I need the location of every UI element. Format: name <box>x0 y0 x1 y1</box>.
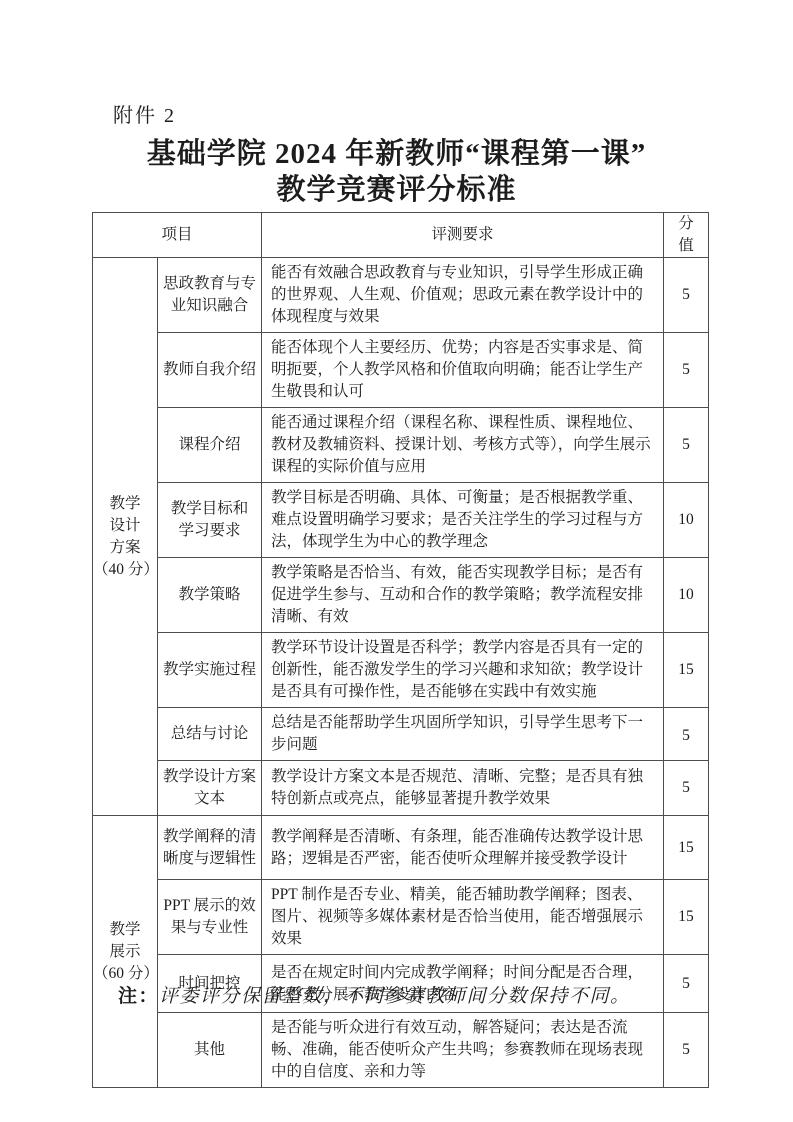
table-header-row: 项目 评测要求 分 值 <box>93 213 709 258</box>
document-page: 附件 2 基础学院 2024 年新教师“课程第一课” 教学竞赛评分标准 项目 评… <box>0 0 793 1122</box>
requirement-cell: 能否通过课程介绍（课程名称、课程性质、课程地位、教材及教辅资料、授课计划、考核方… <box>262 408 664 483</box>
footnote-text: 评委评分保留整数，不同参赛教师间分数保持不同。 <box>159 986 631 1007</box>
table-row: 其他 是否能与听众进行有效互动，解答疑问；表达是否流畅、准确，能否使听众产生共鸣… <box>93 1013 709 1088</box>
table-row: 总结与讨论 总结是否能帮助学生巩固所学知识，引导学生思考下一步问题 5 <box>93 708 709 761</box>
score-cell: 5 <box>664 408 709 483</box>
item-cell: 课程介绍 <box>158 408 262 483</box>
item-cell: 教学阐释的清 晰度与逻辑性 <box>158 816 262 880</box>
item-cell: 教学设计方案 文本 <box>158 761 262 816</box>
requirement-cell: 教学目标是否明确、具体、可衡量；是否根据教学重、难点设置明确学习要求；是否关注学… <box>262 483 664 558</box>
page-title-line1: 基础学院 2024 年新教师“课程第一课” <box>0 136 793 172</box>
score-cell: 5 <box>664 761 709 816</box>
item-cell: PPT 展示的效 果与专业性 <box>158 880 262 955</box>
page-title: 基础学院 2024 年新教师“课程第一课” 教学竞赛评分标准 <box>0 136 793 208</box>
item-cell: 教学实施过程 <box>158 633 262 708</box>
requirement-cell: 能否有效融合思政教育与专业知识，引导学生形成正确的世界观、人生观、价值观；思政元… <box>262 258 664 333</box>
header-score: 分 值 <box>664 213 709 258</box>
score-cell: 5 <box>664 1013 709 1088</box>
footnote: 注：评委评分保留整数，不同参赛教师间分数保持不同。 <box>118 981 631 1008</box>
table-row: 教师自我介绍 能否体现个人主要经历、优势；内容是否实事求是、简明扼要，个人教学风… <box>93 333 709 408</box>
requirement-cell: 能否体现个人主要经历、优势；内容是否实事求是、简明扼要，个人教学风格和价值取向明… <box>262 333 664 408</box>
table-row: 教学目标和 学习要求 教学目标是否明确、具体、可衡量；是否根据教学重、难点设置明… <box>93 483 709 558</box>
item-cell: 思政教育与专 业知识融合 <box>158 258 262 333</box>
score-cell: 5 <box>664 258 709 333</box>
scoring-rubric-table: 项目 评测要求 分 值 教学 设计 方案 （40 分） 思政教育与专 业知识融合… <box>92 212 709 1088</box>
requirement-cell: 是否能与听众进行有效互动，解答疑问；表达是否流畅、准确，能否使听众产生共鸣；参赛… <box>262 1013 664 1088</box>
item-cell: 教师自我介绍 <box>158 333 262 408</box>
score-cell: 5 <box>664 708 709 761</box>
table-row: 教学 展示 （60 分） 教学阐释的清 晰度与逻辑性 教学阐释是否清晰、有条理，… <box>93 816 709 880</box>
page-title-line2: 教学竞赛评分标准 <box>0 172 793 208</box>
score-cell: 15 <box>664 880 709 955</box>
table-row: 教学 设计 方案 （40 分） 思政教育与专 业知识融合 能否有效融合思政教育与… <box>93 258 709 333</box>
item-cell: 教学目标和 学习要求 <box>158 483 262 558</box>
header-requirement: 评测要求 <box>262 213 664 258</box>
table-row: 课程介绍 能否通过课程介绍（课程名称、课程性质、课程地位、教材及教辅资料、授课计… <box>93 408 709 483</box>
requirement-cell: 教学环节设计设置是否科学；教学内容是否具有一定的创新性，能否激发学生的学习兴趣和… <box>262 633 664 708</box>
table-row: PPT 展示的效 果与专业性 PPT 制作是否专业、精美，能否辅助教学阐释；图表… <box>93 880 709 955</box>
group-cell-presentation: 教学 展示 （60 分） <box>93 816 158 1088</box>
footnote-label: 注： <box>118 986 159 1007</box>
score-cell: 5 <box>664 955 709 1013</box>
requirement-cell: 教学阐释是否清晰、有条理，能否准确传达教学设计思路；逻辑是否严密，能否使听众理解… <box>262 816 664 880</box>
score-cell: 15 <box>664 816 709 880</box>
item-cell: 其他 <box>158 1013 262 1088</box>
attachment-label: 附件 2 <box>113 99 176 128</box>
score-cell: 15 <box>664 633 709 708</box>
score-cell: 5 <box>664 333 709 408</box>
table-row: 教学设计方案 文本 教学设计方案文本是否规范、清晰、完整；是否具有独特创新点或亮… <box>93 761 709 816</box>
requirement-cell: 总结是否能帮助学生巩固所学知识，引导学生思考下一步问题 <box>262 708 664 761</box>
requirement-cell: 教学设计方案文本是否规范、清晰、完整；是否具有独特创新点或亮点，能够显著提升教学… <box>262 761 664 816</box>
score-cell: 10 <box>664 483 709 558</box>
table-row: 教学策略 教学策略是否恰当、有效，能否实现教学目标；是否有促进学生参与、互动和合… <box>93 558 709 633</box>
requirement-cell: 教学策略是否恰当、有效，能否实现教学目标；是否有促进学生参与、互动和合作的教学策… <box>262 558 664 633</box>
header-item: 项目 <box>93 213 262 258</box>
requirement-cell: PPT 制作是否专业、精美，能否辅助教学阐释；图表、图片、视频等多媒体素材是否恰… <box>262 880 664 955</box>
score-cell: 10 <box>664 558 709 633</box>
group-cell-design: 教学 设计 方案 （40 分） <box>93 258 158 816</box>
item-cell: 教学策略 <box>158 558 262 633</box>
table-row: 教学实施过程 教学环节设计设置是否科学；教学内容是否具有一定的创新性，能否激发学… <box>93 633 709 708</box>
item-cell: 总结与讨论 <box>158 708 262 761</box>
